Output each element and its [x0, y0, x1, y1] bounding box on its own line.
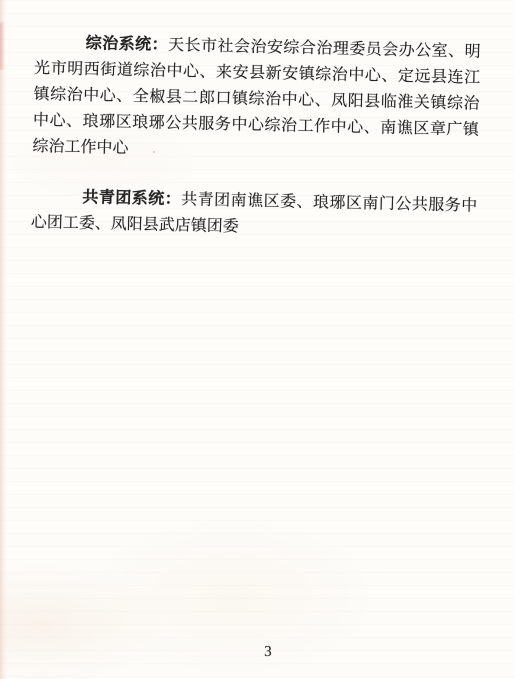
- paragraph-text: 天长市社会治安综合治理委员会办公室、明光市明西街道综治中心、来安县新安镇综治中心…: [32, 37, 481, 157]
- paragraph-label: 综治系统：: [86, 35, 169, 54]
- scan-edge-artifact: [0, 0, 7, 679]
- document-page: 综治系统：天长市社会治安综合治理委员会办公室、明光市明西街道综治中心、来安县新安…: [0, 0, 514, 679]
- paragraph-label: 共青团系统：: [82, 189, 181, 208]
- scan-edge-artifact-strong: [0, 22, 5, 70]
- page-number: 3: [264, 643, 272, 661]
- paragraph-gongqingtuan: 共青团系统：共青团南谯区委、琅琊区南门公共服务中心团工委、凤阳县武店镇团委: [31, 184, 478, 246]
- document-content: 综治系统：天长市社会治安综合治理委员会办公室、明光市明西街道综治中心、来安县新安…: [30, 30, 481, 270]
- paragraph-zongzhi: 综治系统：天长市社会治安综合治理委员会办公室、明光市明西街道综治中心、来安县新安…: [32, 30, 481, 170]
